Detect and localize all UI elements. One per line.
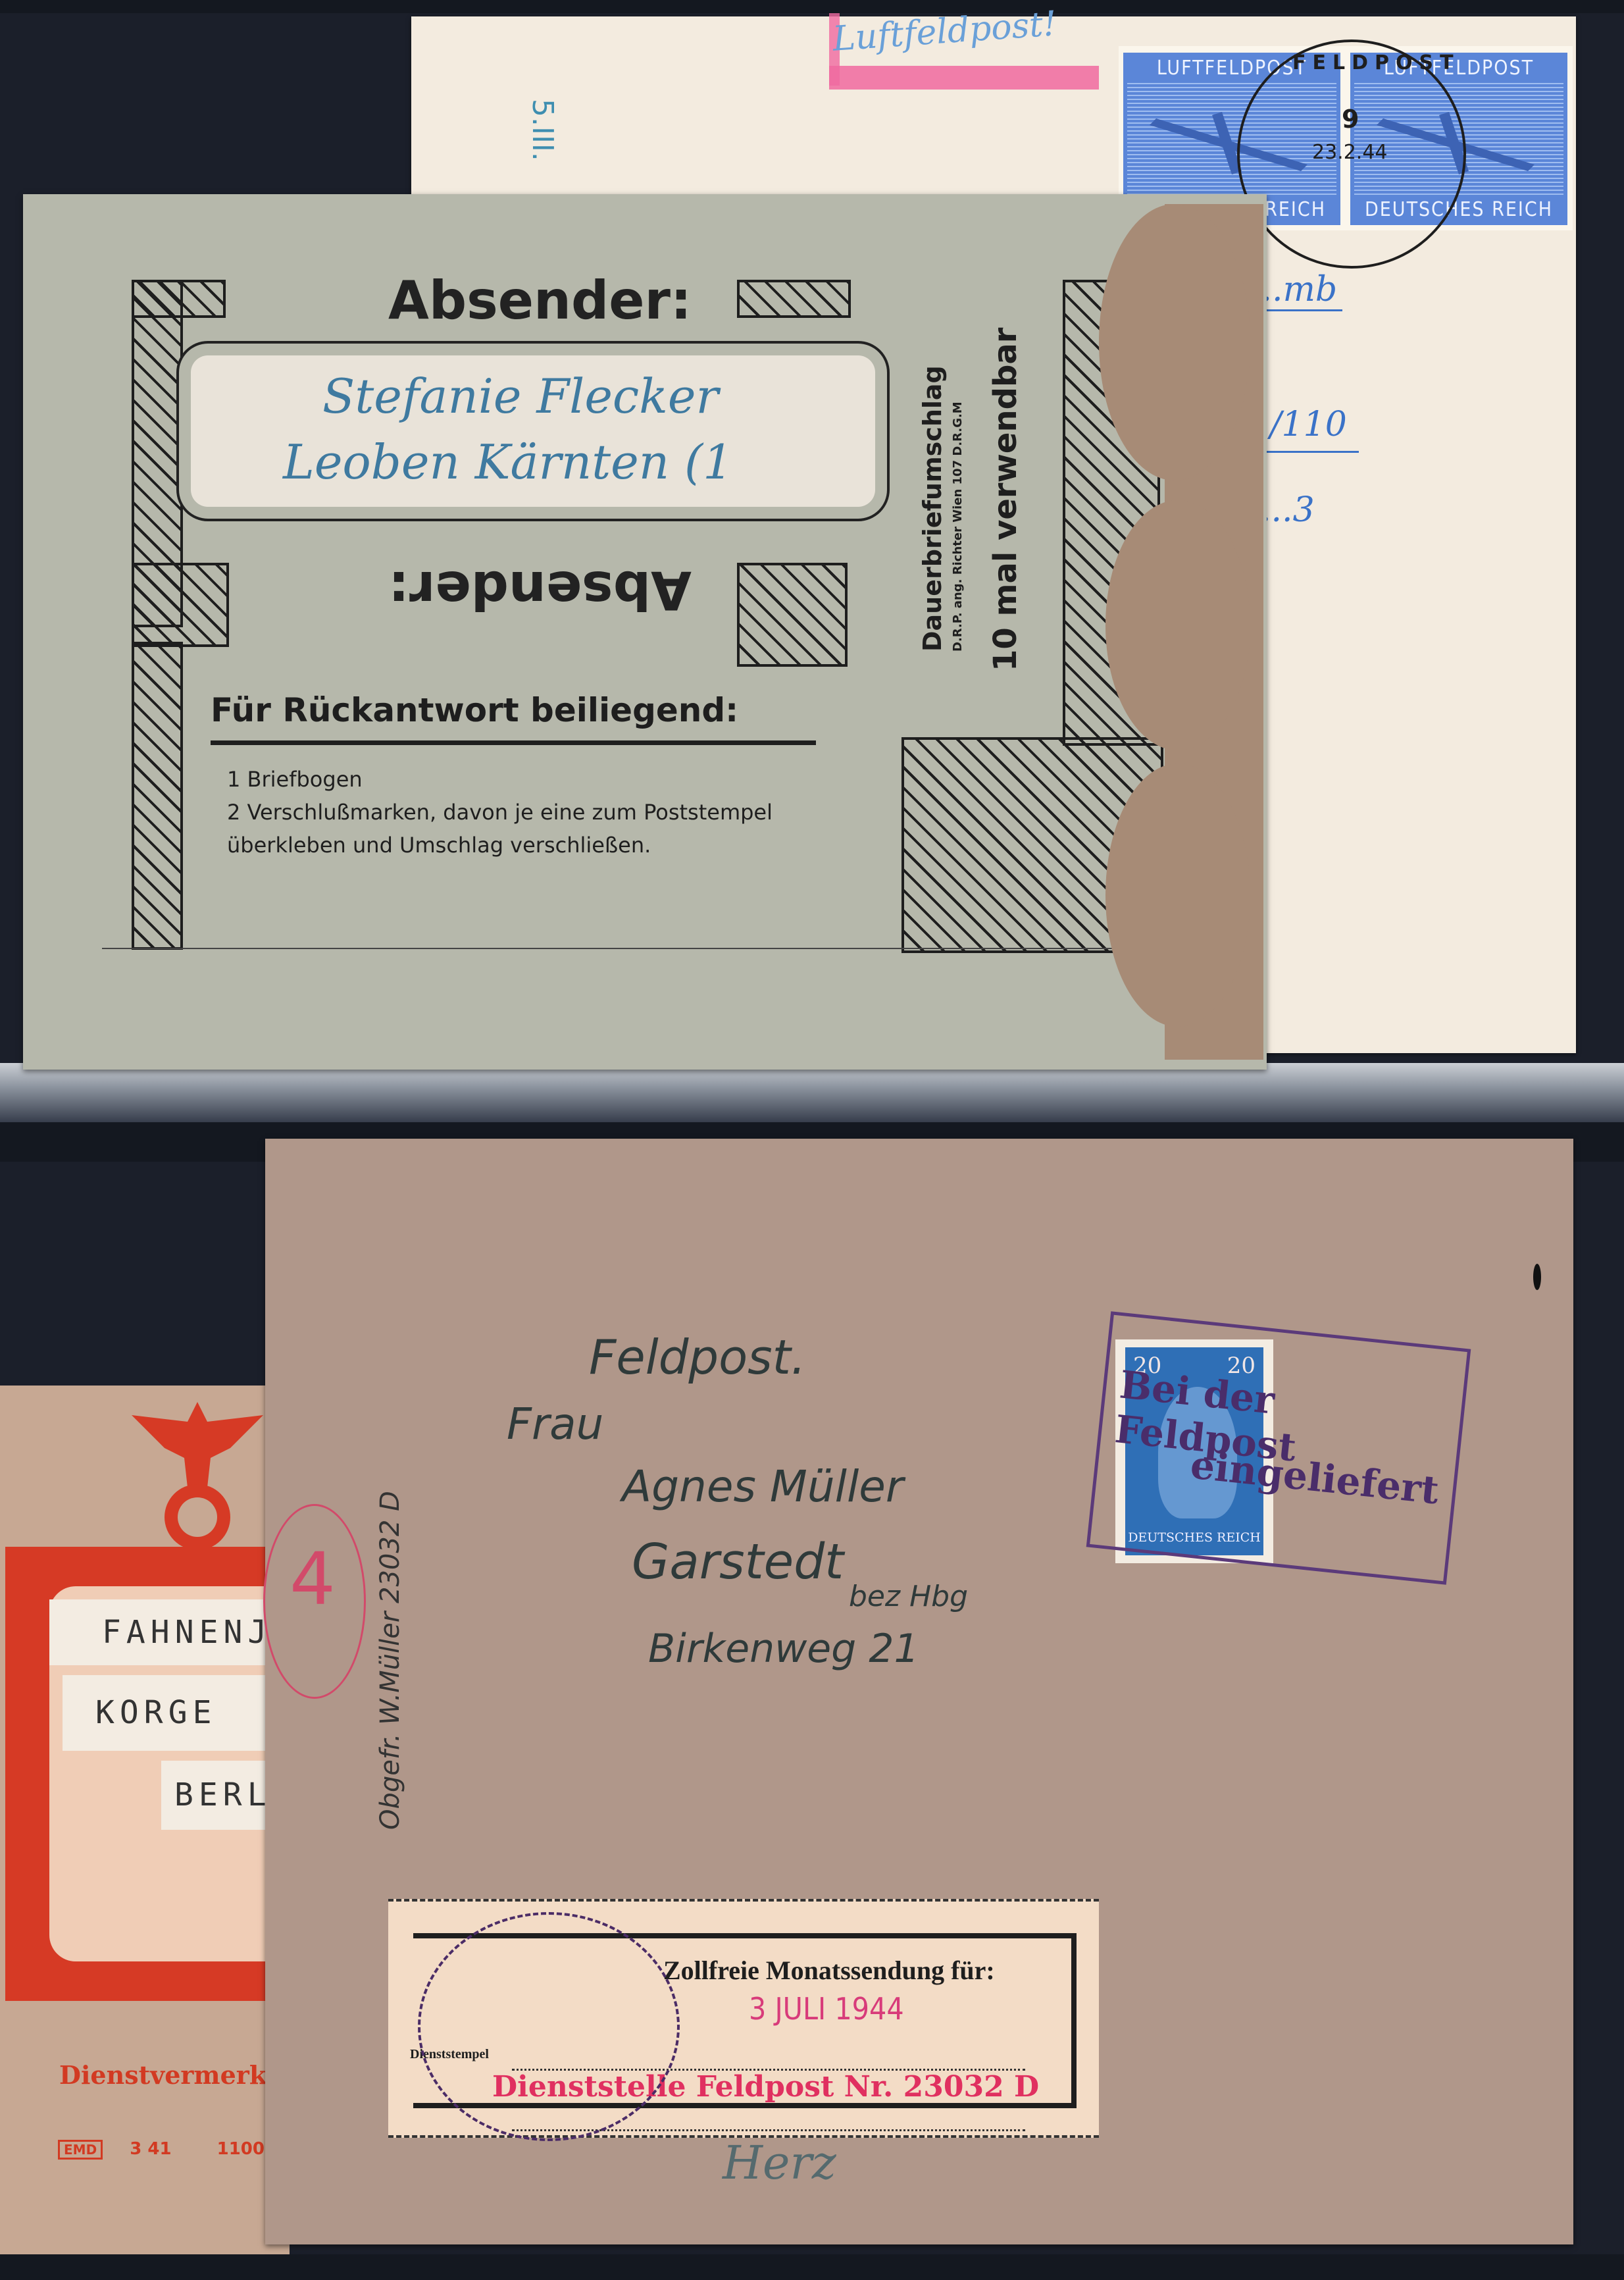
reply-item: 1 Briefbogen	[227, 767, 363, 792]
flap-scallop	[1099, 204, 1250, 480]
envelope-reuse-note: 10 mal verwendbar	[987, 328, 1024, 671]
sender-heading-inverted: Absender:	[388, 559, 692, 621]
reply-enclosure-title: Für Rückantwort beiliegend:	[211, 691, 738, 729]
postmark-date: 23.2.44	[1312, 141, 1388, 164]
eagle-emblem-icon	[125, 1395, 270, 1553]
feldpost-heading: Feldpost.	[589, 1330, 806, 1385]
official-signature: Herz	[723, 2136, 836, 2190]
recipient-title: Frau	[507, 1399, 603, 1449]
address-underline	[1263, 309, 1342, 311]
printer-mark: EMD	[58, 2140, 103, 2160]
hatch-top-right	[737, 280, 851, 318]
sender-name: Stefanie Flecker	[322, 369, 719, 424]
recipient-street: Birkenweg 21	[648, 1626, 919, 1672]
service-notes-label: Dienstvermerke:	[59, 2060, 292, 2090]
side-pencil-mark: 5.III.	[526, 99, 559, 161]
censor-number: 4	[290, 1537, 336, 1621]
recipient-name: Agnes Müller	[622, 1461, 903, 1512]
album-strip-bottom	[0, 2254, 1624, 2280]
reply-title-underline	[211, 740, 816, 745]
sender-address: Leoben Kärnten (1	[283, 434, 733, 490]
hatch-left-lower	[132, 642, 183, 950]
envelope-patent-line: D.R.P. ang. Richter Wien 107 D.R.G.M	[951, 402, 965, 652]
customs-title: Zollfreie Monatssendung für:	[663, 1955, 995, 1986]
sender-heading: Absender:	[388, 270, 692, 331]
feldpost-postmark: FELDPOST 9 23.2.44	[1237, 39, 1466, 269]
album-strip-top	[0, 0, 1624, 13]
reply-item: überkleben und Umschlag verschließen.	[227, 833, 651, 858]
customs-date-stamp: 3 JULI 1944	[749, 1991, 904, 2027]
address-underline	[1267, 451, 1359, 453]
eagle-seal-stamp	[418, 1912, 680, 2141]
recipient-city: Garstedt	[632, 1534, 844, 1590]
ink-blot	[1533, 1264, 1541, 1290]
postmark-ring-text: FELDPOST	[1292, 51, 1460, 74]
hatch-bottom-left	[132, 563, 229, 647]
pink-crayon-underline	[829, 66, 1099, 90]
postmark-number: 9	[1342, 105, 1359, 134]
recipient-district: bez Hbg	[849, 1580, 968, 1613]
album-sleeve-edge	[0, 1063, 1624, 1122]
address-fragment: /110	[1270, 405, 1347, 444]
envelope-type-title: Dauerbriefumschlag	[918, 365, 947, 652]
hatch-center-step	[737, 563, 848, 667]
envelope-fold-line	[102, 948, 1221, 949]
flap-scallop	[1105, 764, 1250, 1027]
printer-imprint: EMD 3 41 1100	[58, 2139, 265, 2159]
address-fragment: ...3	[1260, 490, 1315, 530]
reply-item: 2 Verschlußmarken, davon je eine zum Pos…	[227, 800, 773, 825]
boxed-cachet: Bei der Feldpost eingeliefert	[1086, 1311, 1471, 1585]
flap-scallop	[1105, 500, 1250, 750]
print-code: 3 41	[130, 2139, 171, 2159]
print-run: 1100	[217, 2139, 265, 2159]
sender-vertical: Obgefr. W.Müller 23032 D	[375, 1491, 405, 1830]
